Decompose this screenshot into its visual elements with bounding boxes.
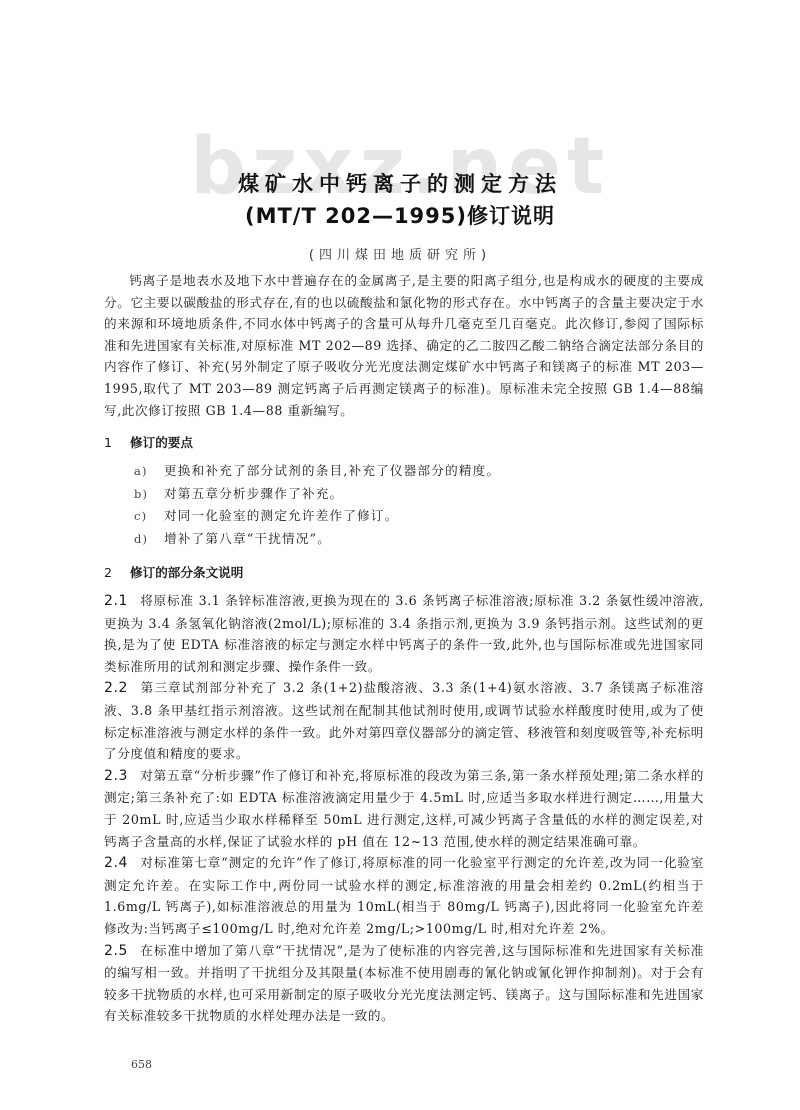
- document-title: 煤矿水中钙离子的测定方法: [0, 168, 800, 198]
- section-1-heading: 1修订的要点: [104, 432, 193, 451]
- document-subtitle: (MT/T 202—1995)修订说明: [0, 200, 800, 230]
- document-page: 煤矿水中钙离子的测定方法 (MT/T 202—1995)修订说明 (四川煤田地质…: [0, 0, 800, 1110]
- section-title: 修订的要点: [130, 435, 193, 450]
- clause-2-4: 2.4对标准第七章“测定的允许”作了修订,将原标准的同一化验室平行测定的允许差,…: [104, 852, 704, 939]
- section-title: 修订的部分条文说明: [130, 565, 243, 580]
- section-number: 1: [104, 435, 130, 450]
- clauses-section: 2.1将原标准 3.1 条锌标准溶液,更换为现在的 3.6 条钙离子标准溶液;原…: [104, 590, 704, 1027]
- clause-2-1: 2.1将原标准 3.1 条锌标准溶液,更换为现在的 3.6 条钙离子标准溶液;原…: [104, 590, 704, 677]
- clause-2-5: 2.5在标准中增加了第八章“干扰情况”,是为了使标准的内容完善,这与国际标准和先…: [104, 940, 704, 1027]
- intro-section: 钙离子是地表水及地下水中普遍存在的金属离子,是主要的阳离子组分,也是构成水的硬度…: [104, 270, 704, 421]
- clause-2-3: 2.3对第五章“分析步骤”作了修订和补充,将原标准的段改为第三条,第一条水样预处…: [104, 765, 704, 852]
- section-2-heading: 2修订的部分条文说明: [104, 562, 243, 581]
- section-number: 2: [104, 565, 130, 580]
- intro-paragraph: 钙离子是地表水及地下水中普遍存在的金属离子,是主要的阳离子组分,也是构成水的硬度…: [104, 270, 704, 421]
- page-number: 658: [131, 1058, 152, 1071]
- list-item: b)对第五章分析步骤作了补充。: [134, 483, 500, 506]
- revision-points-list: a)更换和补充了部分试剂的条目,补充了仪器部分的精度。 b)对第五章分析步骤作了…: [134, 460, 500, 550]
- clause-2-2: 2.2第三章试剂部分补充了 3.2 条(1+2)盐酸溶液、3.3 条(1+4)氨…: [104, 677, 704, 764]
- list-item: d)增补了第八章“干扰情况”。: [134, 528, 500, 551]
- author-affiliation: (四川煤田地质研究所): [0, 244, 800, 263]
- list-item: c)对同一化验室的测定允许差作了修订。: [134, 505, 500, 528]
- list-item: a)更换和补充了部分试剂的条目,补充了仪器部分的精度。: [134, 460, 500, 483]
